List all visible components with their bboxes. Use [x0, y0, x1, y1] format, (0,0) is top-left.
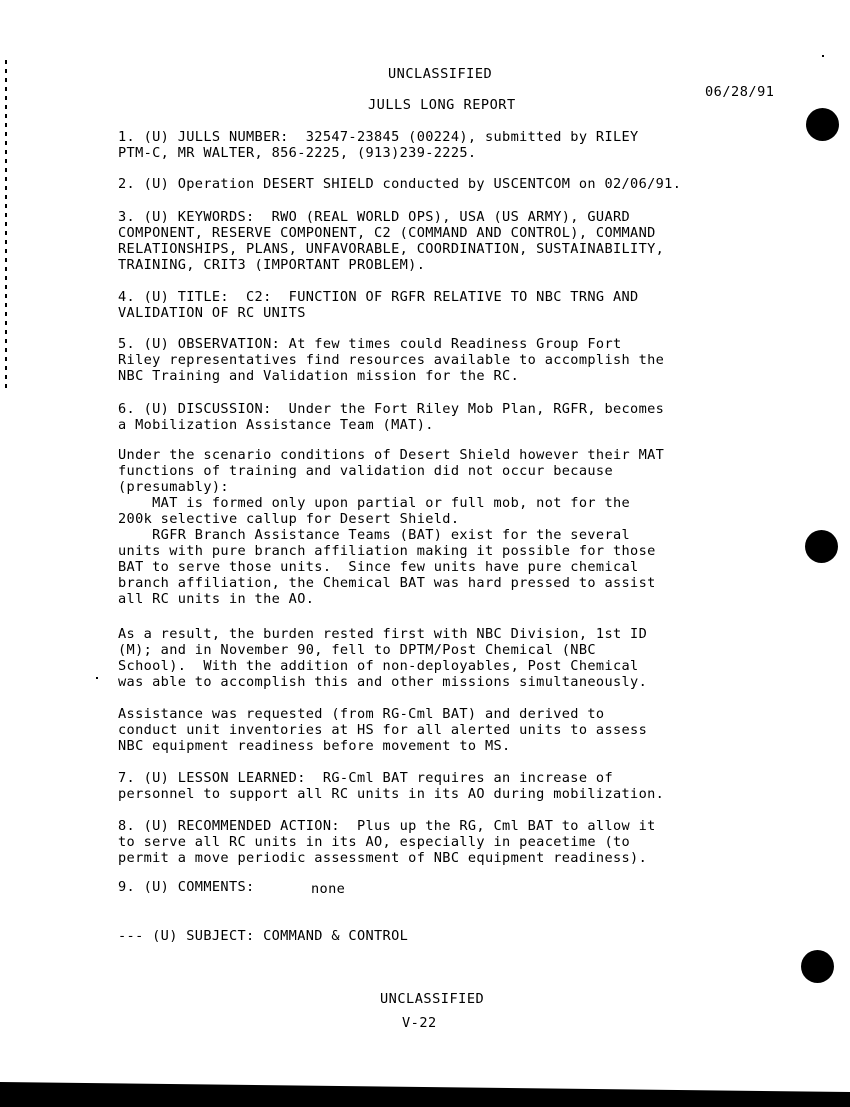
section-2-operation: 2. (U) Operation DESERT SHIELD conducted… [118, 176, 681, 192]
discussion-paragraph-result: As a result, the burden rested first wit… [118, 626, 647, 690]
report-title: JULLS LONG REPORT [368, 97, 516, 113]
classification-bottom: UNCLASSIFIED [380, 991, 484, 1007]
section-8-recommended-action: 8. (U) RECOMMENDED ACTION: Plus up the R… [118, 818, 656, 866]
punch-hole-top [806, 108, 839, 141]
subject-line: --- (U) SUBJECT: COMMAND & CONTROL [118, 928, 408, 944]
scan-edge-bar [0, 1082, 850, 1107]
discussion-paragraph-scenario: Under the scenario conditions of Desert … [118, 447, 664, 607]
scan-speck [822, 55, 824, 57]
page-number: V-22 [402, 1015, 437, 1031]
punch-hole-bottom [801, 950, 834, 983]
punch-hole-middle [805, 530, 838, 563]
section-4-title: 4. (U) TITLE: C2: FUNCTION OF RGFR RELAT… [118, 289, 639, 321]
left-margin-dashed-line [5, 60, 7, 390]
section-5-observation: 5. (U) OBSERVATION: At few times could R… [118, 336, 664, 384]
section-6-discussion: 6. (U) DISCUSSION: Under the Fort Riley … [118, 401, 664, 433]
section-1-julls-number: 1. (U) JULLS NUMBER: 32547-23845 (00224)… [118, 129, 639, 161]
scan-speck [96, 677, 98, 679]
scanned-page: UNCLASSIFIED 06/28/91 JULLS LONG REPORT … [0, 0, 850, 1107]
classification-top: UNCLASSIFIED [388, 66, 492, 82]
section-9-comments-label: 9. (U) COMMENTS: [118, 879, 255, 895]
section-3-keywords: 3. (U) KEYWORDS: RWO (REAL WORLD OPS), U… [118, 209, 664, 273]
section-7-lesson-learned: 7. (U) LESSON LEARNED: RG-Cml BAT requir… [118, 770, 664, 802]
report-date: 06/28/91 [705, 84, 774, 100]
discussion-paragraph-assistance: Assistance was requested (from RG-Cml BA… [118, 706, 647, 754]
section-9-comments-value: none [311, 881, 345, 897]
